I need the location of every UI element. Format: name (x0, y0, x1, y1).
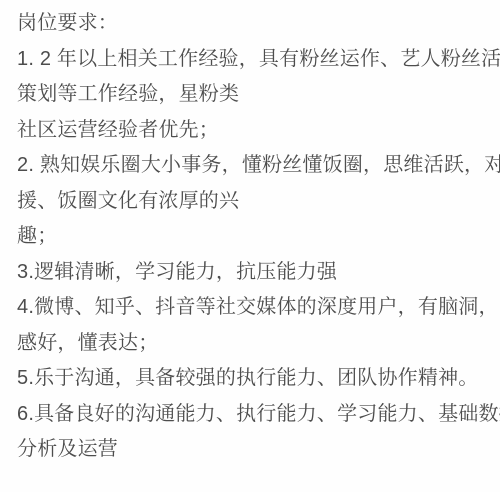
requirement-item-1: 1. 2 年以上相关工作经验，具有粉丝运作、艺人粉丝活动 策划等工作经验，星粉类… (17, 42, 490, 149)
text-line: 感好，懂表达； (17, 326, 490, 362)
job-requirements-document: 岗位要求： 1. 2 年以上相关工作经验，具有粉丝运作、艺人粉丝活动 策划等工作… (0, 0, 500, 492)
text-line: 援、饭圈文化有浓厚的兴 (17, 184, 490, 220)
text-line: 5.乐于沟通，具备较强的执行能力、团队协作精神。 (17, 361, 490, 397)
text-line: 分析及运营 (17, 432, 490, 468)
doc-title: 岗位要求： (17, 6, 490, 42)
text-line: 社区运营经验者优先； (17, 113, 490, 149)
requirement-item-5: 5.乐于沟通，具备较强的执行能力、团队协作精神。 (17, 361, 490, 397)
text-line: 1. 2 年以上相关工作经验，具有粉丝运作、艺人粉丝活动 (17, 42, 490, 78)
text-line: 4.微博、知乎、抖音等社交媒体的深度用户，有脑洞，网 (17, 290, 490, 326)
text-line: 6.具备良好的沟通能力、执行能力、学习能力、基础数据 (17, 397, 490, 433)
text-line: 2. 熟知娱乐圈大小事务，懂粉丝懂饭圈，思维活跃，对应 (17, 148, 490, 184)
text-line: 3.逻辑清晰，学习能力，抗压能力强 (17, 255, 490, 291)
text-line: 趣； (17, 219, 490, 255)
requirement-item-3: 3.逻辑清晰，学习能力，抗压能力强 (17, 255, 490, 291)
requirement-item-2: 2. 熟知娱乐圈大小事务，懂粉丝懂饭圈，思维活跃，对应 援、饭圈文化有浓厚的兴 … (17, 148, 490, 255)
text-line: 策划等工作经验，星粉类 (17, 77, 490, 113)
requirement-item-6: 6.具备良好的沟通能力、执行能力、学习能力、基础数据 分析及运营 (17, 397, 490, 468)
requirement-item-4: 4.微博、知乎、抖音等社交媒体的深度用户，有脑洞，网 感好，懂表达； (17, 290, 490, 361)
